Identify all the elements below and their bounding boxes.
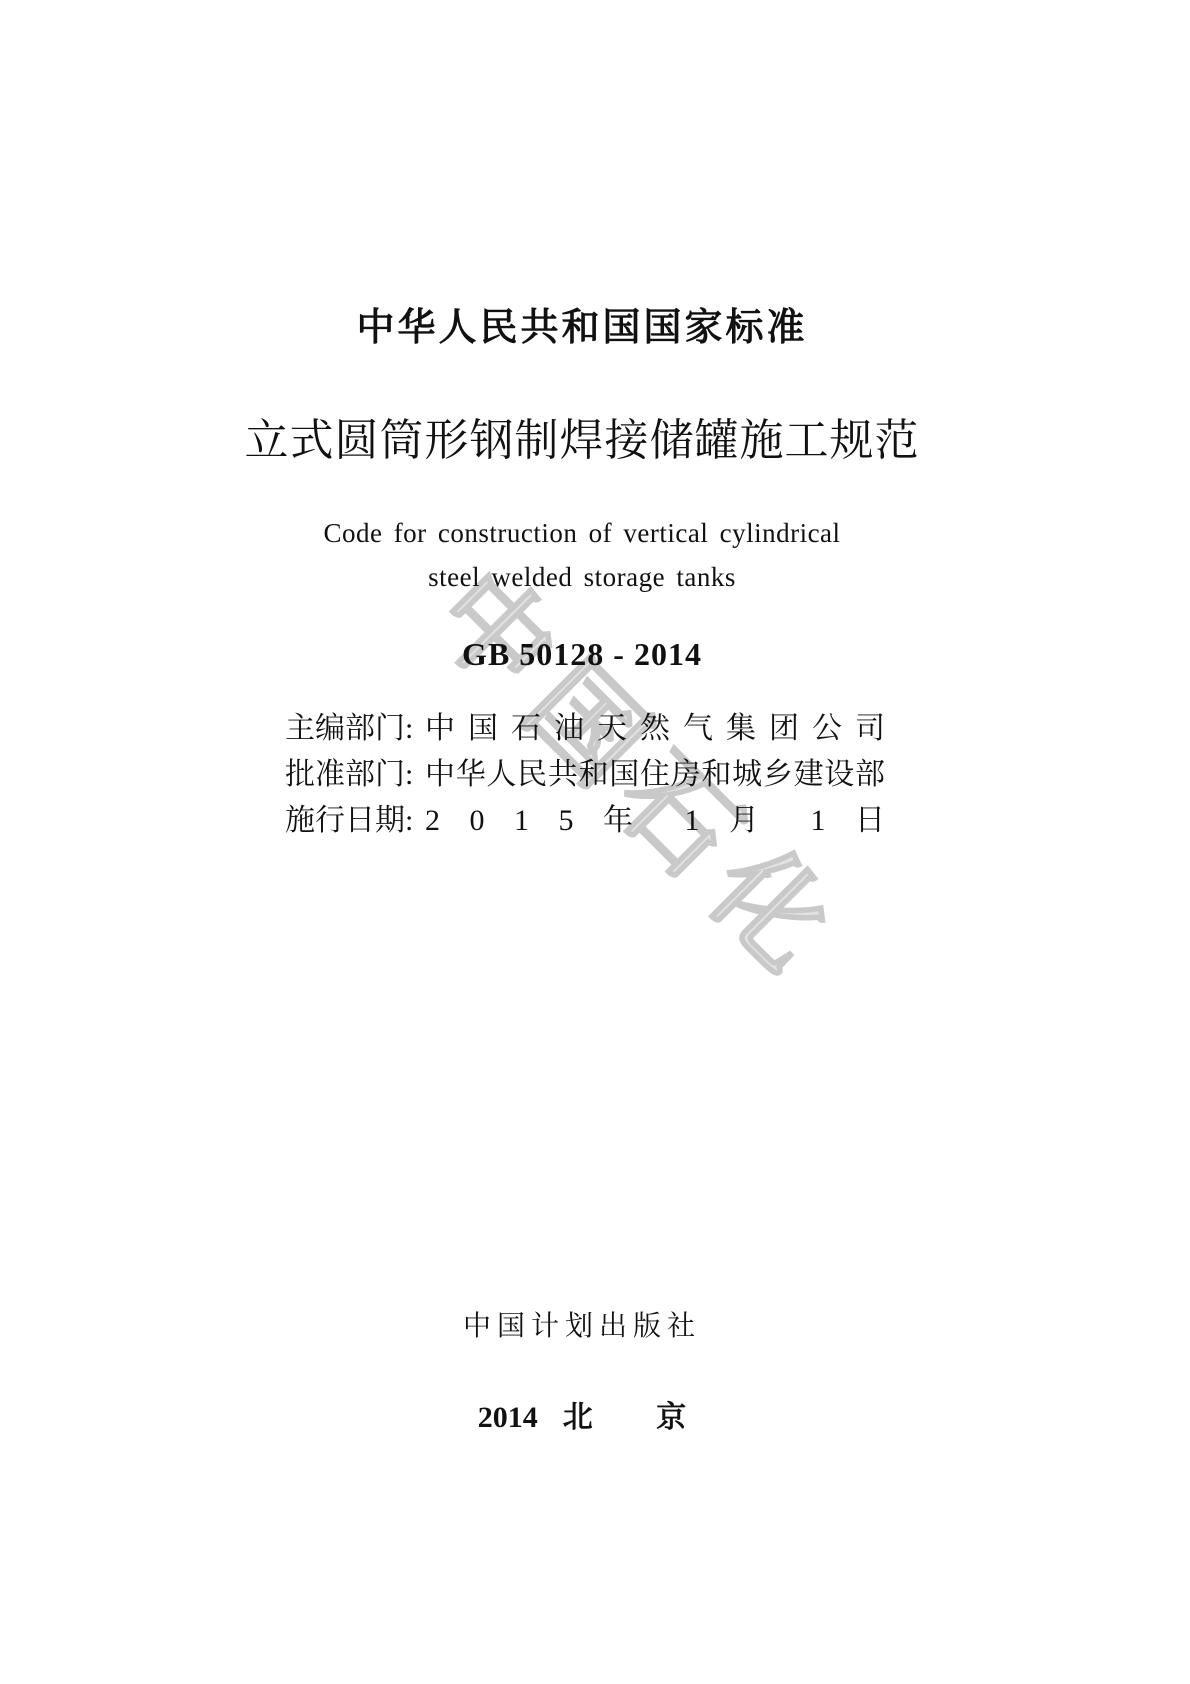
document-title-english-line1: Code for construction of vertical cylind… — [0, 518, 1164, 549]
imprint-line: 2014北 京 — [0, 1392, 1164, 1436]
chief-editor-department-label: 主编部门: — [285, 706, 425, 752]
publisher-name: 中国计划出版社 — [0, 1304, 1164, 1344]
chief-editor-department-value: 中 国 石 油 天 然 气 集 团 公 司 — [425, 706, 885, 752]
cover-content: 中华人民共和国国家标准 立式圆筒形钢制焊接储罐施工规范 Code for con… — [0, 0, 1190, 1684]
imprint-year: 2014 — [478, 1401, 538, 1434]
implementation-date-row: 施行日期: 2 0 1 5 年 1 月 1 日 — [285, 798, 885, 844]
implementation-date-label: 施行日期: — [285, 798, 425, 844]
document-cover-page: 中国石化 中华人民共和国国家标准 立式圆筒形钢制焊接储罐施工规范 Code fo… — [0, 0, 1190, 1684]
imprint-city: 北 京 — [563, 1401, 687, 1434]
approval-department-label: 批准部门: — [285, 752, 425, 798]
standard-number: GB 50128 - 2014 — [0, 636, 1164, 673]
approval-department-row: 批准部门: 中华人民共和国住房和城乡建设部 — [285, 752, 885, 798]
publication-info-block: 主编部门: 中 国 石 油 天 然 气 集 团 公 司 批准部门: 中华人民共和… — [285, 706, 885, 844]
document-title-chinese: 立式圆筒形钢制焊接储罐施工规范 — [0, 404, 1164, 468]
document-title-english-line2: steel welded storage tanks — [0, 562, 1164, 593]
approval-department-value: 中华人民共和国住房和城乡建设部 — [425, 752, 885, 798]
standard-category-heading: 中华人民共和国国家标准 — [0, 296, 1164, 351]
chief-editor-department-row: 主编部门: 中 国 石 油 天 然 气 集 团 公 司 — [285, 706, 885, 752]
implementation-date-value: 2 0 1 5 年 1 月 1 日 — [425, 798, 885, 844]
